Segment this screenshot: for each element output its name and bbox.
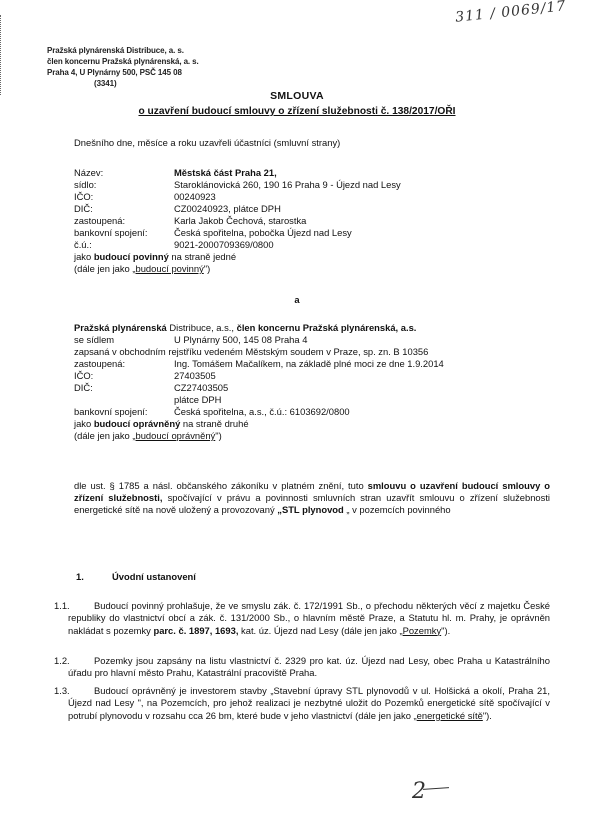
party2-name-mid: Distribuce, a.s., [167,322,237,333]
separator-text: a [294,294,299,305]
field-label: zastoupená: [74,358,174,370]
clause-number: 1.2. [54,655,70,667]
role-prefix: jako [74,418,94,429]
clause-1-2: 1.2. Pozemky jsou zapsány na listu vlast… [54,655,550,680]
field-label: č.ú.: [74,239,174,251]
field-label: sídlo: [74,179,174,191]
intro-text: Dnešního dne, měsíce a roku uzavřeli úča… [74,137,340,149]
stamp-line-4: (3341) [47,78,199,89]
stamp-line-1: Pražská plynárenská Distribuce, a. s. [47,45,199,56]
party2-name-bold: Pražská plynárenská [74,322,167,333]
alias-prefix: (dále jen jako „ [74,263,136,274]
field-value: CZ27403505 [174,382,228,393]
handwritten-reference-number: 311 / 0069/17 [454,0,566,24]
field-value: Staroklánovická 260, 190 16 Praha 9 - Új… [174,179,401,190]
clause-text: Pozemky jsou zapsány na listu vlastnictv… [68,655,550,680]
parties-separator: a [0,294,594,306]
stamp-line-2: člen koncernu Pražská plynárenská, a. s. [47,56,199,67]
party1-field-seat: sídlo:Staroklánovická 260, 190 16 Praha … [74,179,401,191]
section-1-heading: 1.Úvodní ustanovení [76,571,196,583]
field-label: DIČ: [74,203,174,215]
clause-defined-term: energetické sítě [417,710,483,721]
clause-1-3: 1.3. Budoucí oprávněný je investorem sta… [54,685,550,722]
field-label: IČO: [74,370,174,382]
field-label: se sídlem [74,334,174,346]
field-label: DIČ: [74,382,174,394]
party2-field-ico: IČO:27403505 [74,370,216,382]
field-label: bankovní spojení: [74,406,174,418]
clause-1-1: 1.1. Budoucí povinný prohlašuje, že ve s… [54,600,550,637]
field-label: zastoupená: [74,215,174,227]
clause-defined-term: Pozemky [403,625,442,636]
party1-field-dic: DIČ:CZ00240923, plátce DPH [74,203,281,215]
field-value: Česká spořitelna, pobočka Újezd nad Lesy [174,227,352,238]
field-value: 00240923 [174,191,216,202]
field-value: Městská část Praha 21, [174,167,277,178]
role-bold: budoucí oprávněný [94,418,180,429]
party2-role: jako budoucí oprávněný na straně druhé [74,418,249,430]
field-value: Ing. Tomášem Mačalíkem, na základě plné … [174,358,444,369]
party1-field-name: Název:Městská část Praha 21, [74,167,277,179]
alias-term: budoucí oprávněný [136,430,216,441]
party2-name: Pražská plynárenská Distribuce, a.s., čl… [74,322,416,334]
clause-number: 1.3. [54,685,70,697]
field-label: IČO: [74,191,174,203]
party2-alias: (dále jen jako „budoucí oprávněný") [74,430,222,442]
party2-register: zapsaná v obchodním rejstříku vedeném Mě… [74,346,428,358]
section-title: Úvodní ustanovení [112,571,196,582]
party2-field-bank: bankovní spojení:Česká spořitelna, a.s.,… [74,406,350,418]
document-subtitle: o uzavření budoucí smlouvy o zřízení slu… [0,106,594,118]
clause-number: 1.1. [54,600,70,612]
party1-field-representative: zastoupená:Karla Jakob Čechová, starostk… [74,215,306,227]
party1-alias: (dále jen jako „budoucí povinný") [74,263,210,275]
party1-field-account: č.ú.:9021-2000709369/0800 [74,239,274,251]
preamble-paragraph: dle ust. § 1785 a násl. občanského zákon… [74,480,550,517]
role-bold: budoucí povinný [94,251,169,262]
clause-text-part: "). [483,710,492,721]
field-value: plátce DPH [174,394,221,405]
alias-prefix: (dále jen jako „ [74,430,136,441]
clause-bold: parc. č. 1897, 1693, [153,625,238,636]
party1-role: jako budoucí povinný na straně jedné [74,251,236,263]
clause-text-part: "). [441,625,450,636]
party2-field-dic: DIČ:CZ27403505 [74,382,228,394]
party1-field-ico: IČO:00240923 [74,191,216,203]
clause-text-part: kat. úz. Újezd nad Lesy (dále jen jako „ [238,625,402,636]
party1-field-bank: bankovní spojení:Česká spořitelna, poboč… [74,227,352,239]
role-suffix: na straně druhé [180,418,248,429]
alias-suffix: ") [204,263,210,274]
clause-text: Budoucí oprávněný je investorem stavby „… [68,685,550,722]
party2-field-representative: zastoupená:Ing. Tomášem Mačalíkem, na zá… [74,358,444,370]
role-prefix: jako [74,251,94,262]
handwritten-mark-line [423,787,449,790]
alias-suffix: ") [215,430,221,441]
field-value: Karla Jakob Čechová, starostka [174,215,306,226]
preamble-text: dle ust. § 1785 a násl. občanského zákon… [74,480,368,491]
preamble-text-3: „ v pozemcích povinného [344,504,451,515]
field-label: Název: [74,167,174,179]
field-value: 27403505 [174,370,216,381]
stamp-line-3: Praha 4, U Plynárny 500, PSČ 145 08 [47,67,199,78]
section-number: 1. [76,571,112,583]
party2-name-bold-2: člen koncernu Pražská plynárenská, a.s. [237,322,417,333]
company-stamp: Pražská plynárenská Distribuce, a. s. čl… [47,45,199,89]
field-value: 9021-2000709369/0800 [174,239,274,250]
party2-seat: se sídlemU Plynárny 500, 145 08 Praha 4 [74,334,307,346]
preamble-bold-2: „STL plynovod [277,504,344,515]
party2-field-vat: plátce DPH [74,394,221,406]
field-value: Česká spořitelna, a.s., č.ú.: 6103692/08… [174,406,350,417]
alias-term: budoucí povinný [136,263,204,274]
scan-edge-marks [0,15,2,95]
field-value: CZ00240923, plátce DPH [174,203,281,214]
handwritten-page-number: 2 [412,786,426,798]
clause-text: Budoucí povinný prohlašuje, že ve smyslu… [68,600,550,637]
field-label: bankovní spojení: [74,227,174,239]
document-title: SMLOUVA [0,90,594,102]
role-suffix: na straně jedné [169,251,236,262]
field-value: U Plynárny 500, 145 08 Praha 4 [174,334,307,345]
